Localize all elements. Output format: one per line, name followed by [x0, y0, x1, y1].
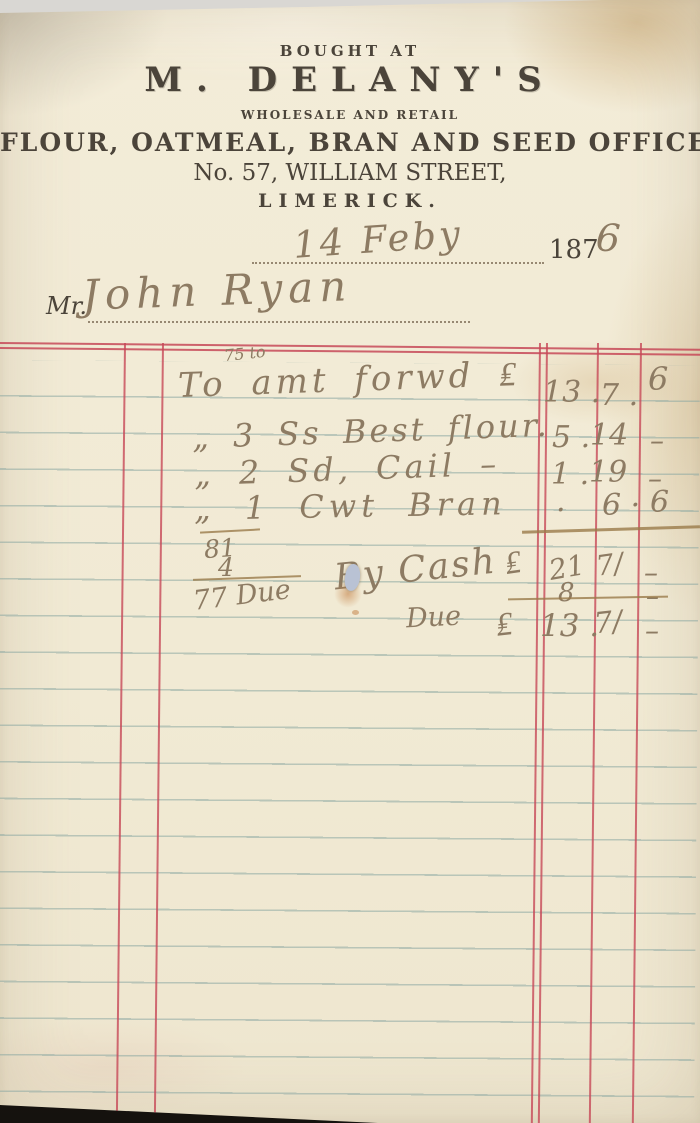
- paper-sheet: BOUGHT AT M. DELANY'S WHOLESALE AND RETA…: [0, 0, 700, 1123]
- ledger-row-pounds: 13 .: [543, 375, 600, 410]
- due-label: Due: [405, 601, 462, 635]
- handwritten-year-digit: 6: [594, 215, 621, 261]
- business-name: M. DELANY'S: [0, 60, 700, 100]
- total-shillings: 7/: [594, 546, 626, 582]
- due-shillings: 7/: [592, 604, 624, 641]
- ledger-row-pounds: 1 .: [551, 457, 589, 492]
- city-line: LIMERICK.: [0, 190, 700, 212]
- customer-underline: [88, 321, 470, 323]
- ledger-row-pounds: 5 .: [552, 420, 590, 455]
- scanned-invoice: BOUGHT AT M. DELANY'S WHOLESALE AND RETA…: [0, 0, 700, 1123]
- due-currency: ₤: [494, 603, 515, 645]
- ledger-row-pence: 6: [650, 485, 669, 520]
- ledger-row-desc: „ 1 Cwt Bran: [194, 484, 507, 527]
- ledger-row-shillings: 6 ·: [602, 488, 640, 523]
- ledger-row-shillings: 14: [590, 418, 628, 453]
- handwritten-date: 14 Feby: [292, 212, 465, 267]
- office-line: FLOUR, OATMEAL, BRAN AND SEED OFFICE,: [0, 128, 700, 157]
- printed-year: 187: [549, 235, 599, 265]
- due-pence: –: [645, 614, 659, 647]
- bought-at-line: BOUGHT AT: [0, 42, 700, 60]
- ledger-row-pence: 6: [648, 360, 668, 398]
- customer-prefix: Mr.: [46, 292, 87, 320]
- ledger-row-shillings: 7 .: [600, 378, 638, 413]
- address-line: No. 57, WILLIAM STREET,: [0, 160, 700, 186]
- due-pounds: 13 .: [540, 608, 599, 644]
- tagline: WHOLESALE AND RETAIL: [0, 108, 700, 122]
- customer-name: John Ryan: [81, 261, 353, 319]
- ledger-row-pence: –: [650, 424, 664, 457]
- ledger-row-pounds: ·: [556, 493, 566, 528]
- cash-pounds: 8: [558, 578, 575, 608]
- paper-damage-speck: [352, 610, 359, 615]
- ledger-row-shillings: 19: [589, 455, 627, 490]
